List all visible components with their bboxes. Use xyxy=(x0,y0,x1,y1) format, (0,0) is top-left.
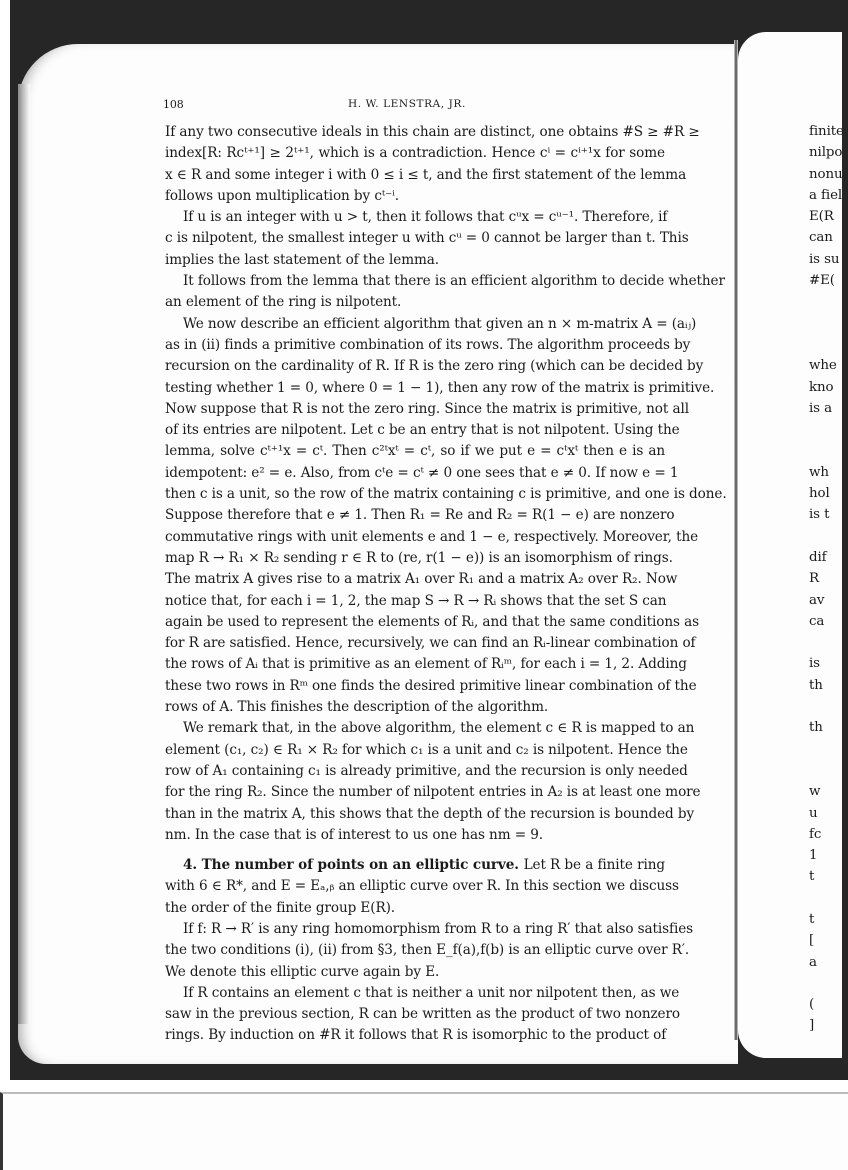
fragment-line: w xyxy=(809,781,848,802)
fragment-line: t xyxy=(809,866,848,887)
fragment-line: can xyxy=(809,227,848,248)
text-line: commutative rings with unit elements e a… xyxy=(165,527,665,548)
fragment-line: 1 xyxy=(809,845,848,866)
line-text: nm. In the case that is of interest to u… xyxy=(165,827,543,843)
text-line: testing whether 1 = 0, where 0 = 1 − 1),… xyxy=(165,378,665,399)
fragment-line: av xyxy=(809,590,848,611)
text-line: with 6 ∈ R*, and E = Eₐ,ᵦ an elliptic cu… xyxy=(165,876,665,897)
running-head: H. W. LENSTRA, JR. xyxy=(348,94,466,115)
line-text: then c is a unit, so the row of the matr… xyxy=(165,486,727,502)
line-text: implies the last statement of the lemma. xyxy=(165,252,439,268)
line-text: recursion on the cardinality of R. If R … xyxy=(165,358,703,374)
text-line: element (c₁, c₂) ∈ R₁ × R₂ for which c₁ … xyxy=(165,740,665,761)
text-line: Suppose therefore that e ≠ 1. Then R₁ = … xyxy=(165,505,665,526)
fragment-line: whe xyxy=(809,355,848,376)
fragment-line: th xyxy=(809,717,848,738)
line-text: of its entries are nilpotent. Let c be a… xyxy=(165,422,680,438)
fragment-line: t xyxy=(809,909,848,930)
line-text: rings. By induction on #R it follows tha… xyxy=(165,1027,666,1043)
fragment-line xyxy=(809,696,848,717)
facing-page-fragments: finitenilpononua fielE(Rcanis su#E(whekn… xyxy=(809,121,848,1037)
line-text: If u is an integer with u > t, then it f… xyxy=(183,209,667,225)
line-text: follows upon multiplication by cᵗ⁻ⁱ. xyxy=(165,188,399,204)
line-text: idempotent: e² = e. Also, from cᵗe = cᵗ … xyxy=(165,465,678,481)
line-text: x ∈ R and some integer i with 0 ≤ i ≤ t,… xyxy=(165,167,686,183)
text-line: c is nilpotent, the smallest integer u w… xyxy=(165,228,665,249)
fragment-line: u xyxy=(809,803,848,824)
text-line: follows upon multiplication by cᵗ⁻ⁱ. xyxy=(165,186,665,207)
next-scanned-sheet-edge xyxy=(0,1092,848,1170)
line-text: We now describe an efficient algorithm t… xyxy=(183,316,696,332)
fragment-line xyxy=(809,739,848,760)
fragment-line xyxy=(809,632,848,653)
line-text: Now suppose that R is not the zero ring.… xyxy=(165,401,689,417)
page-header: 108 H. W. LENSTRA, JR. xyxy=(163,94,659,114)
text-line: If any two consecutive ideals in this ch… xyxy=(165,122,665,143)
line-text: c is nilpotent, the smallest integer u w… xyxy=(165,230,689,246)
text-line: rings. By induction on #R it follows tha… xyxy=(165,1025,665,1046)
fragment-line: R xyxy=(809,568,848,589)
text-line: map R → R₁ × R₂ sending r ∈ R to (re, r(… xyxy=(165,548,665,569)
text-line: as in (ii) finds a primitive combination… xyxy=(165,335,665,356)
fragment-line: fc xyxy=(809,824,848,845)
text-line: We remark that, in the above algorithm, … xyxy=(165,718,665,739)
fragment-line: #E( xyxy=(809,270,848,291)
fragment-line: is t xyxy=(809,504,848,525)
line-text: the order of the finite group E(R). xyxy=(165,900,395,916)
text-line: The matrix A gives rise to a matrix A₁ o… xyxy=(165,569,665,590)
fragment-line xyxy=(809,419,848,440)
fragment-line: nilpo xyxy=(809,142,848,163)
line-text: testing whether 1 = 0, where 0 = 1 − 1),… xyxy=(165,380,714,396)
fragment-line xyxy=(809,440,848,461)
text-line: the rows of Aᵢ that is primitive as an e… xyxy=(165,654,665,675)
line-text: element (c₁, c₂) ∈ R₁ × R₂ for which c₁ … xyxy=(165,742,688,758)
text-line: lemma, solve cᵗ⁺¹x = cᵗ. Then c²ᵗxᵗ = cᵗ… xyxy=(165,441,665,462)
fragment-line: ] xyxy=(809,1015,848,1036)
text-line: recursion on the cardinality of R. If R … xyxy=(165,356,665,377)
fragment-line xyxy=(809,334,848,355)
fragment-line: ca xyxy=(809,611,848,632)
text-line: these two rows in Rᵐ one finds the desir… xyxy=(165,676,665,697)
text-line: It follows from the lemma that there is … xyxy=(165,271,665,292)
fragment-line: [ xyxy=(809,930,848,951)
text-line: the order of the finite group E(R). xyxy=(165,898,665,919)
line-text: these two rows in Rᵐ one finds the desir… xyxy=(165,678,697,694)
line-text: with 6 ∈ R*, and E = Eₐ,ᵦ an elliptic cu… xyxy=(165,878,679,894)
line-text: map R → R₁ × R₂ sending r ∈ R to (re, r(… xyxy=(165,550,673,566)
fragment-line: dif xyxy=(809,547,848,568)
fragment-line xyxy=(809,313,848,334)
fragment-line: ( xyxy=(809,994,848,1015)
section-spacing xyxy=(165,846,665,855)
text-line: If f: R → R′ is any ring homomorphism fr… xyxy=(165,919,665,940)
fragment-line: th xyxy=(809,675,848,696)
fragment-line: a fiel xyxy=(809,185,848,206)
line-text: commutative rings with unit elements e a… xyxy=(165,529,698,545)
text-line: than in the matrix A, this shows that th… xyxy=(165,804,665,825)
fragment-line xyxy=(809,291,848,312)
fragment-line xyxy=(809,526,848,547)
text-line: 4. The number of points on an elliptic c… xyxy=(165,855,665,876)
page-number: 108 xyxy=(163,94,184,115)
section-heading: 4. The number of points on an elliptic c… xyxy=(183,857,524,873)
text-line: saw in the previous section, R can be wr… xyxy=(165,1004,665,1025)
line-text: If f: R → R′ is any ring homomorphism fr… xyxy=(183,921,693,937)
text-line: x ∈ R and some integer i with 0 ≤ i ≤ t,… xyxy=(165,165,665,186)
fragment-line: hol xyxy=(809,483,848,504)
line-text: rows of A. This finishes the description… xyxy=(165,699,548,715)
fragment-line: nonu xyxy=(809,164,848,185)
line-text: the rows of Aᵢ that is primitive as an e… xyxy=(165,656,687,672)
line-text: as in (ii) finds a primitive combination… xyxy=(165,337,690,353)
fragment-line: is xyxy=(809,653,848,674)
text-line: of its entries are nilpotent. Let c be a… xyxy=(165,420,665,441)
line-text: the two conditions (i), (ii) from §3, th… xyxy=(165,942,689,958)
line-text: We denote this elliptic curve again by E… xyxy=(165,964,439,980)
line-text: Suppose therefore that e ≠ 1. Then R₁ = … xyxy=(165,507,674,523)
text-line: index[R: Rcᵗ⁺¹] ≥ 2ᵗ⁺¹, which is a contr… xyxy=(165,143,665,164)
fragment-line: finite xyxy=(809,121,848,142)
fragment-line: is su xyxy=(809,249,848,270)
fragment-line: wh xyxy=(809,462,848,483)
text-line: the two conditions (i), (ii) from §3, th… xyxy=(165,940,665,961)
text-line: notice that, for each i = 1, 2, the map … xyxy=(165,591,665,612)
line-text: saw in the previous section, R can be wr… xyxy=(165,1006,680,1022)
text-line: idempotent: e² = e. Also, from cᵗe = cᵗ … xyxy=(165,463,665,484)
fragment-line: a xyxy=(809,952,848,973)
fragment-line xyxy=(809,888,848,909)
text-line: If u is an integer with u > t, then it f… xyxy=(165,207,665,228)
line-text: notice that, for each i = 1, 2, the map … xyxy=(165,593,666,609)
line-text: than in the matrix A, this shows that th… xyxy=(165,806,694,822)
line-text: If any two consecutive ideals in this ch… xyxy=(165,124,700,140)
text-line: an element of the ring is nilpotent. xyxy=(165,292,665,313)
fragment-line: is a xyxy=(809,398,848,419)
line-text: It follows from the lemma that there is … xyxy=(183,273,725,289)
line-text: again be used to represent the elements … xyxy=(165,614,699,630)
line-text: lemma, solve cᵗ⁺¹x = cᵗ. Then c²ᵗxᵗ = cᵗ… xyxy=(165,443,665,459)
text-line: implies the last statement of the lemma. xyxy=(165,250,665,271)
line-text: for the ring R₂. Since the number of nil… xyxy=(165,784,701,800)
line-text: We remark that, in the above algorithm, … xyxy=(183,720,694,736)
text-line: for the ring R₂. Since the number of nil… xyxy=(165,782,665,803)
text-line: then c is a unit, so the row of the matr… xyxy=(165,484,665,505)
fragment-line xyxy=(809,973,848,994)
line-text: The matrix A gives rise to a matrix A₁ o… xyxy=(165,571,677,587)
text-line: nm. In the case that is of interest to u… xyxy=(165,825,665,846)
text-line: If R contains an element c that is neith… xyxy=(165,983,665,1004)
fragment-line: kno xyxy=(809,377,848,398)
text-line: for R are satisfied. Hence, recursively,… xyxy=(165,633,665,654)
text-line: row of A₁ containing c₁ is already primi… xyxy=(165,761,665,782)
line-text: an element of the ring is nilpotent. xyxy=(165,294,401,310)
fragment-line xyxy=(809,760,848,781)
line-text: If R contains an element c that is neith… xyxy=(183,985,679,1001)
text-line: Now suppose that R is not the zero ring.… xyxy=(165,399,665,420)
page-body-text: If any two consecutive ideals in this ch… xyxy=(165,122,665,1047)
fragment-line: E(R xyxy=(809,206,848,227)
text-line: We now describe an efficient algorithm t… xyxy=(165,314,665,335)
line-text: for R are satisfied. Hence, recursively,… xyxy=(165,635,695,651)
text-line: again be used to represent the elements … xyxy=(165,612,665,633)
line-text: index[R: Rcᵗ⁺¹] ≥ 2ᵗ⁺¹, which is a contr… xyxy=(165,145,665,161)
text-line: We denote this elliptic curve again by E… xyxy=(165,962,665,983)
text-line: rows of A. This finishes the description… xyxy=(165,697,665,718)
line-text: Let R be a finite ring xyxy=(524,857,665,873)
line-text: row of A₁ containing c₁ is already primi… xyxy=(165,763,688,779)
